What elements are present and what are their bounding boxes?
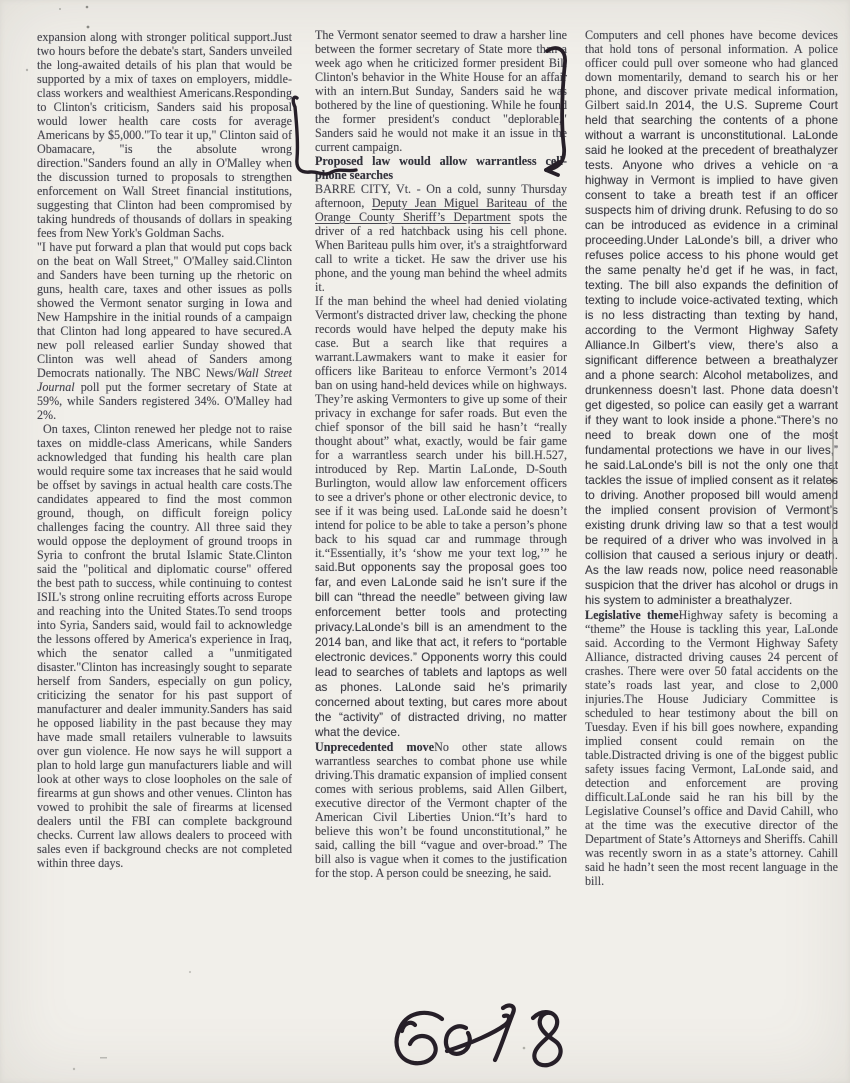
paragraph: Unprecedented moveNo other state allows …	[315, 740, 567, 880]
paragraph: Legislative themeHighway safety is becom…	[585, 608, 838, 888]
paragraph: On taxes, Clinton renewed her pledge not…	[37, 422, 292, 870]
paragraph: If the man behind the wheel had denied v…	[315, 294, 567, 740]
text-segment: The Vermont senator seemed to draw a har…	[315, 28, 567, 154]
scan-speck	[87, 26, 90, 29]
text-segment: But opponents say the proposal goes too …	[315, 561, 567, 739]
scan-speck	[26, 69, 28, 71]
section-heading: Proposed law would allow warrantless cel…	[315, 154, 567, 182]
scanned-document-page: expansion along with stronger political …	[0, 0, 850, 1083]
paragraph: expansion along with stronger political …	[37, 30, 292, 240]
text-column-left: expansion along with stronger political …	[37, 30, 292, 1030]
text-segment: expansion along with stronger political …	[37, 30, 292, 240]
scan-speck	[59, 8, 61, 10]
text-segment: Highway safety is becoming a “theme” the…	[585, 608, 838, 888]
paragraph: The Vermont senator seemed to draw a har…	[315, 28, 567, 154]
text-segment: Legislative theme	[585, 608, 679, 622]
paragraph: BARRE CITY, Vt. - On a cold, sunny Thurs…	[315, 182, 567, 294]
paragraph: Computers and cell phones have become de…	[585, 28, 838, 608]
text-segment: No other state allows warrantless search…	[315, 740, 567, 880]
text-segment: If the man behind the wheel had denied v…	[315, 294, 567, 574]
text-segment: "I have put forward a plan that would pu…	[37, 240, 292, 380]
text-segment: In 2014, the U.S. Supreme Court held tha…	[585, 99, 838, 607]
text-column-right: Computers and cell phones have become de…	[585, 28, 838, 1028]
scan-speck	[523, 1047, 526, 1050]
text-segment: poll put the former secretary of State a…	[37, 380, 292, 422]
scan-speck	[86, 6, 89, 9]
scan-speck	[100, 1057, 107, 1059]
text-segment: On taxes, Clinton renewed her pledge not…	[37, 422, 292, 870]
scan-speck	[73, 1068, 75, 1070]
text-segment: Unprecedented move	[315, 740, 434, 754]
text-segment: Proposed law would allow warrantless cel…	[315, 154, 567, 182]
paragraph: "I have put forward a plan that would pu…	[37, 240, 292, 422]
text-column-middle: The Vermont senator seemed to draw a har…	[315, 28, 567, 1036]
